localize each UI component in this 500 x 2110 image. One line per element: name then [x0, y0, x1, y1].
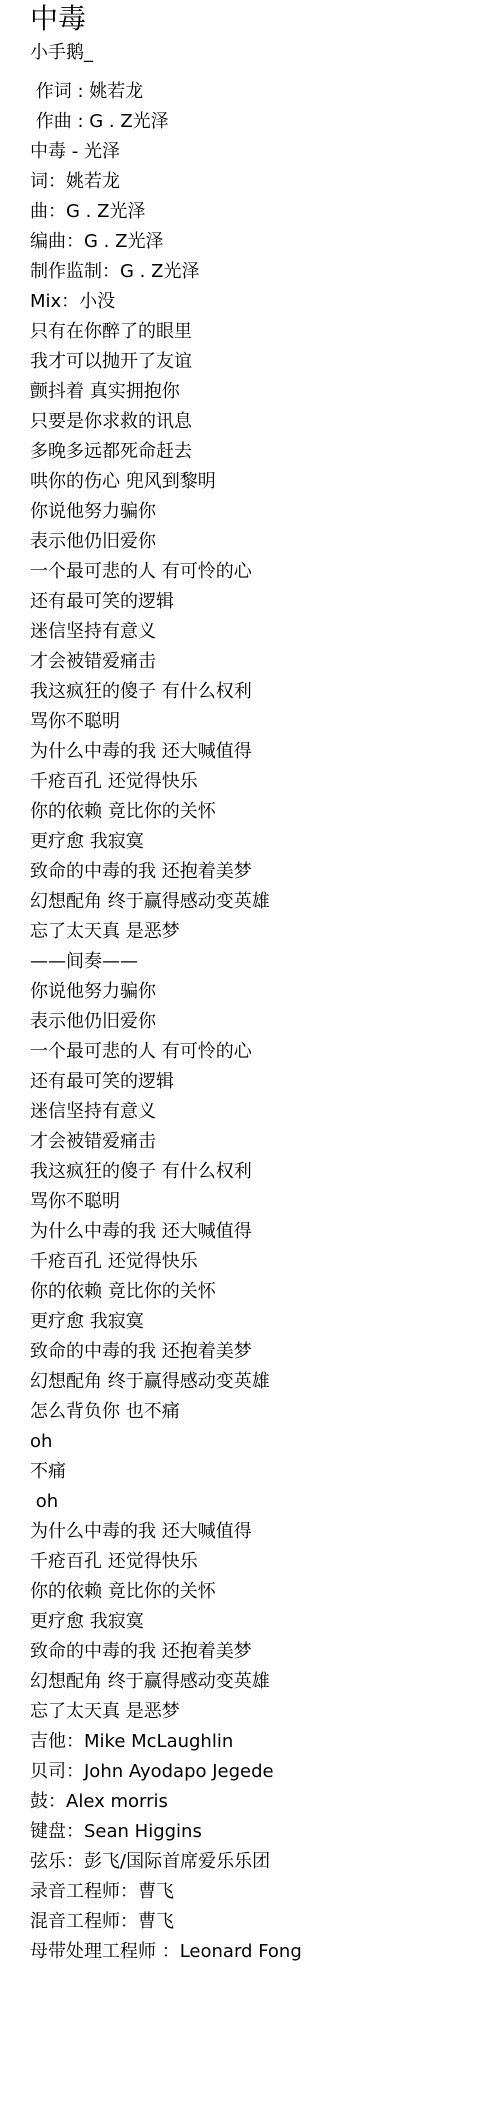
lyric-line: 为什么中毒的我 还大喊值得 — [30, 1217, 490, 1247]
lyrics-body: 作词 : 姚若龙 作曲 : G . Z光泽中毒 - 光泽词：姚若龙曲：G . Z… — [30, 77, 490, 1967]
lyric-line: 哄你的伤心 兜风到黎明 — [30, 467, 490, 497]
lyrics-page: 中毒 小手鹅_ 作词 : 姚若龙 作曲 : G . Z光泽中毒 - 光泽词：姚若… — [30, 0, 490, 1967]
lyric-line: 致命的中毒的我 还抱着美梦 — [30, 1337, 490, 1367]
lyric-line: 录音工程师：曹飞 — [30, 1877, 490, 1907]
lyric-line: oh — [30, 1487, 490, 1517]
lyric-line: 你的依赖 竟比你的关怀 — [30, 797, 490, 827]
lyric-line: 忘了太天真 是恶梦 — [30, 917, 490, 947]
lyric-line: 表示他仍旧爱你 — [30, 527, 490, 557]
lyric-line: 怎么背负你 也不痛 — [30, 1397, 490, 1427]
lyric-line: 为什么中毒的我 还大喊值得 — [30, 1517, 490, 1547]
lyric-line: 为什么中毒的我 还大喊值得 — [30, 737, 490, 767]
lyric-line: 才会被错爱痛击 — [30, 1127, 490, 1157]
lyric-line: 颤抖着 真实拥抱你 — [30, 377, 490, 407]
lyric-line: 我这疯狂的傻子 有什么权利 — [30, 677, 490, 707]
lyric-line: 我这疯狂的傻子 有什么权利 — [30, 1157, 490, 1187]
lyric-line: 你说他努力骗你 — [30, 497, 490, 527]
lyric-line: 编曲：G . Z光泽 — [30, 227, 490, 257]
lyric-line: 作曲 : G . Z光泽 — [30, 107, 490, 137]
lyric-line: 一个最可悲的人 有可怜的心 — [30, 557, 490, 587]
lyric-line: 不痛 — [30, 1457, 490, 1487]
lyric-line: 一个最可悲的人 有可怜的心 — [30, 1037, 490, 1067]
lyric-line: 母带处理工程师 ：Leonard Fong — [30, 1937, 490, 1967]
lyric-line: 幻想配角 终于赢得感动变英雄 — [30, 887, 490, 917]
lyric-line: Mix：小没 — [30, 287, 490, 317]
lyric-line: ——间奏—— — [30, 947, 490, 977]
lyric-line: 词：姚若龙 — [30, 167, 490, 197]
lyric-line: 千疮百孔 还觉得快乐 — [30, 1547, 490, 1577]
lyric-line: 中毒 - 光泽 — [30, 137, 490, 167]
lyric-line: 键盘：Sean Higgins — [30, 1817, 490, 1847]
lyric-line: 吉他：Mike McLaughlin — [30, 1727, 490, 1757]
song-artist: 小手鹅_ — [30, 38, 490, 68]
lyric-line: 曲：G . Z光泽 — [30, 197, 490, 227]
lyric-line: 幻想配角 终于赢得感动变英雄 — [30, 1667, 490, 1697]
lyric-line: 千疮百孔 还觉得快乐 — [30, 767, 490, 797]
lyric-line: 幻想配角 终于赢得感动变英雄 — [30, 1367, 490, 1397]
lyric-line: 贝司：John Ayodapo Jegede — [30, 1757, 490, 1787]
lyric-line: 鼓：Alex morris — [30, 1787, 490, 1817]
lyric-line: 更疗愈 我寂寞 — [30, 827, 490, 857]
lyric-line: 表示他仍旧爱你 — [30, 1007, 490, 1037]
lyric-line: 千疮百孔 还觉得快乐 — [30, 1247, 490, 1277]
lyric-line: 忘了太天真 是恶梦 — [30, 1697, 490, 1727]
lyric-line: 才会被错爱痛击 — [30, 647, 490, 677]
lyric-line: 你的依赖 竟比你的关怀 — [30, 1277, 490, 1307]
lyric-line: 还有最可笑的逻辑 — [30, 587, 490, 617]
lyric-line: 作词 : 姚若龙 — [30, 77, 490, 107]
lyric-line: 只有在你醉了的眼里 — [30, 317, 490, 347]
lyric-line: 只要是你求救的讯息 — [30, 407, 490, 437]
lyric-line: 制作监制：G . Z光泽 — [30, 257, 490, 287]
lyric-line: 多晚多远都死命赶去 — [30, 437, 490, 467]
lyric-line: 还有最可笑的逻辑 — [30, 1067, 490, 1097]
lyric-line: 更疗愈 我寂寞 — [30, 1307, 490, 1337]
lyric-line: 致命的中毒的我 还抱着美梦 — [30, 857, 490, 887]
lyric-line: 迷信坚持有意义 — [30, 617, 490, 647]
lyric-line: 迷信坚持有意义 — [30, 1097, 490, 1127]
lyric-line: 弦乐：彭飞/国际首席爱乐乐团 — [30, 1847, 490, 1877]
lyric-line: 你的依赖 竟比你的关怀 — [30, 1577, 490, 1607]
lyric-line: oh — [30, 1427, 490, 1457]
lyric-line: 致命的中毒的我 还抱着美梦 — [30, 1637, 490, 1667]
lyric-line: 更疗愈 我寂寞 — [30, 1607, 490, 1637]
lyric-line: 骂你不聪明 — [30, 1187, 490, 1217]
lyric-line: 你说他努力骗你 — [30, 977, 490, 1007]
song-title: 中毒 — [30, 0, 490, 38]
lyric-line: 我才可以抛开了友谊 — [30, 347, 490, 377]
lyric-line: 混音工程师：曹飞 — [30, 1907, 490, 1937]
lyric-line: 骂你不聪明 — [30, 707, 490, 737]
